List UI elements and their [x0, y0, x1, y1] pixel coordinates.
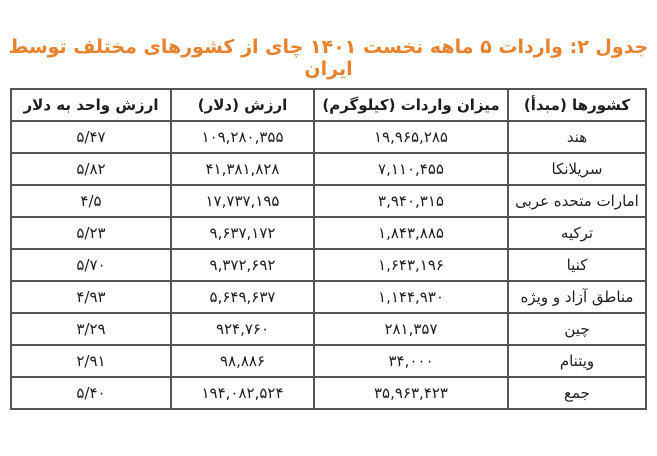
- cell-value-usd: ۹,۳۷۲,۶۹۲: [171, 249, 314, 281]
- cell-value-usd: ۵,۶۴۹,۶۳۷: [171, 281, 314, 313]
- header-row: کشورها (مبدأ) میزان واردات (کیلوگرم) ارز…: [11, 89, 646, 121]
- cell-value-usd: ۱۷,۷۳۷,۱۹۵: [171, 185, 314, 217]
- cell-country: ترکیه: [508, 217, 646, 249]
- column-header-unit-value: ارزش واحد به دلار: [11, 89, 171, 121]
- table-row: امارات متحده عربی ۳,۹۴۰,۳۱۵ ۱۷,۷۳۷,۱۹۵ ۴…: [11, 185, 646, 217]
- cell-unit-value: ۵/۸۲: [11, 153, 171, 185]
- cell-country: مناطق آزاد و ویژه: [508, 281, 646, 313]
- imports-table: کشورها (مبدأ) میزان واردات (کیلوگرم) ارز…: [10, 88, 647, 410]
- table-row: جمع ۳۵,۹۶۳,۴۲۳ ۱۹۴,۰۸۲,۵۲۴ ۵/۴۰: [11, 377, 646, 409]
- cell-amount-kg: ۱,۸۴۳,۸۸۵: [314, 217, 508, 249]
- cell-value-usd: ۹۲۴,۷۶۰: [171, 313, 314, 345]
- cell-unit-value: ۵/۴۰: [11, 377, 171, 409]
- page: جدول ۲: واردات ۵ ماهه نخست ۱۴۰۱ چای از ک…: [0, 0, 657, 456]
- cell-value-usd: ۹۸,۸۸۶: [171, 345, 314, 377]
- cell-unit-value: ۲/۹۱: [11, 345, 171, 377]
- table-row: چین ۲۸۱,۳۵۷ ۹۲۴,۷۶۰ ۳/۲۹: [11, 313, 646, 345]
- cell-country: چین: [508, 313, 646, 345]
- cell-value-usd: ۴۱,۳۸۱,۸۲۸: [171, 153, 314, 185]
- cell-country: جمع: [508, 377, 646, 409]
- cell-country: امارات متحده عربی: [508, 185, 646, 217]
- cell-amount-kg: ۳,۹۴۰,۳۱۵: [314, 185, 508, 217]
- cell-amount-kg: ۳۴,۰۰۰: [314, 345, 508, 377]
- cell-value-usd: ۱۰۹,۲۸۰,۳۵۵: [171, 121, 314, 153]
- cell-unit-value: ۴/۵: [11, 185, 171, 217]
- cell-amount-kg: ۱۹,۹۶۵,۲۸۵: [314, 121, 508, 153]
- column-header-country: کشورها (مبدأ): [508, 89, 646, 121]
- cell-unit-value: ۵/۴۷: [11, 121, 171, 153]
- table-row: مناطق آزاد و ویژه ۱,۱۴۴,۹۳۰ ۵,۶۴۹,۶۳۷ ۴/…: [11, 281, 646, 313]
- table-header: کشورها (مبدأ) میزان واردات (کیلوگرم) ارز…: [11, 89, 646, 121]
- table-row: سریلانکا ۷,۱۱۰,۴۵۵ ۴۱,۳۸۱,۸۲۸ ۵/۸۲: [11, 153, 646, 185]
- cell-country: کنیا: [508, 249, 646, 281]
- cell-country: سریلانکا: [508, 153, 646, 185]
- cell-unit-value: ۵/۲۳: [11, 217, 171, 249]
- cell-unit-value: ۳/۲۹: [11, 313, 171, 345]
- column-header-value-usd: ارزش (دلار): [171, 89, 314, 121]
- table-row: هند ۱۹,۹۶۵,۲۸۵ ۱۰۹,۲۸۰,۳۵۵ ۵/۴۷: [11, 121, 646, 153]
- cell-country: ویتنام: [508, 345, 646, 377]
- cell-amount-kg: ۷,۱۱۰,۴۵۵: [314, 153, 508, 185]
- column-header-amount-kg: میزان واردات (کیلوگرم): [314, 89, 508, 121]
- cell-value-usd: ۱۹۴,۰۸۲,۵۲۴: [171, 377, 314, 409]
- cell-unit-value: ۴/۹۳: [11, 281, 171, 313]
- cell-country: هند: [508, 121, 646, 153]
- table-title: جدول ۲: واردات ۵ ماهه نخست ۱۴۰۱ چای از ک…: [0, 36, 657, 80]
- table-body: هند ۱۹,۹۶۵,۲۸۵ ۱۰۹,۲۸۰,۳۵۵ ۵/۴۷ سریلانکا…: [11, 121, 646, 409]
- cell-amount-kg: ۱,۱۴۴,۹۳۰: [314, 281, 508, 313]
- cell-amount-kg: ۲۸۱,۳۵۷: [314, 313, 508, 345]
- table-row: کنیا ۱,۶۴۳,۱۹۶ ۹,۳۷۲,۶۹۲ ۵/۷۰: [11, 249, 646, 281]
- table-row: ویتنام ۳۴,۰۰۰ ۹۸,۸۸۶ ۲/۹۱: [11, 345, 646, 377]
- cell-amount-kg: ۳۵,۹۶۳,۴۲۳: [314, 377, 508, 409]
- cell-value-usd: ۹,۶۳۷,۱۷۲: [171, 217, 314, 249]
- cell-amount-kg: ۱,۶۴۳,۱۹۶: [314, 249, 508, 281]
- table-row: ترکیه ۱,۸۴۳,۸۸۵ ۹,۶۳۷,۱۷۲ ۵/۲۳: [11, 217, 646, 249]
- cell-unit-value: ۵/۷۰: [11, 249, 171, 281]
